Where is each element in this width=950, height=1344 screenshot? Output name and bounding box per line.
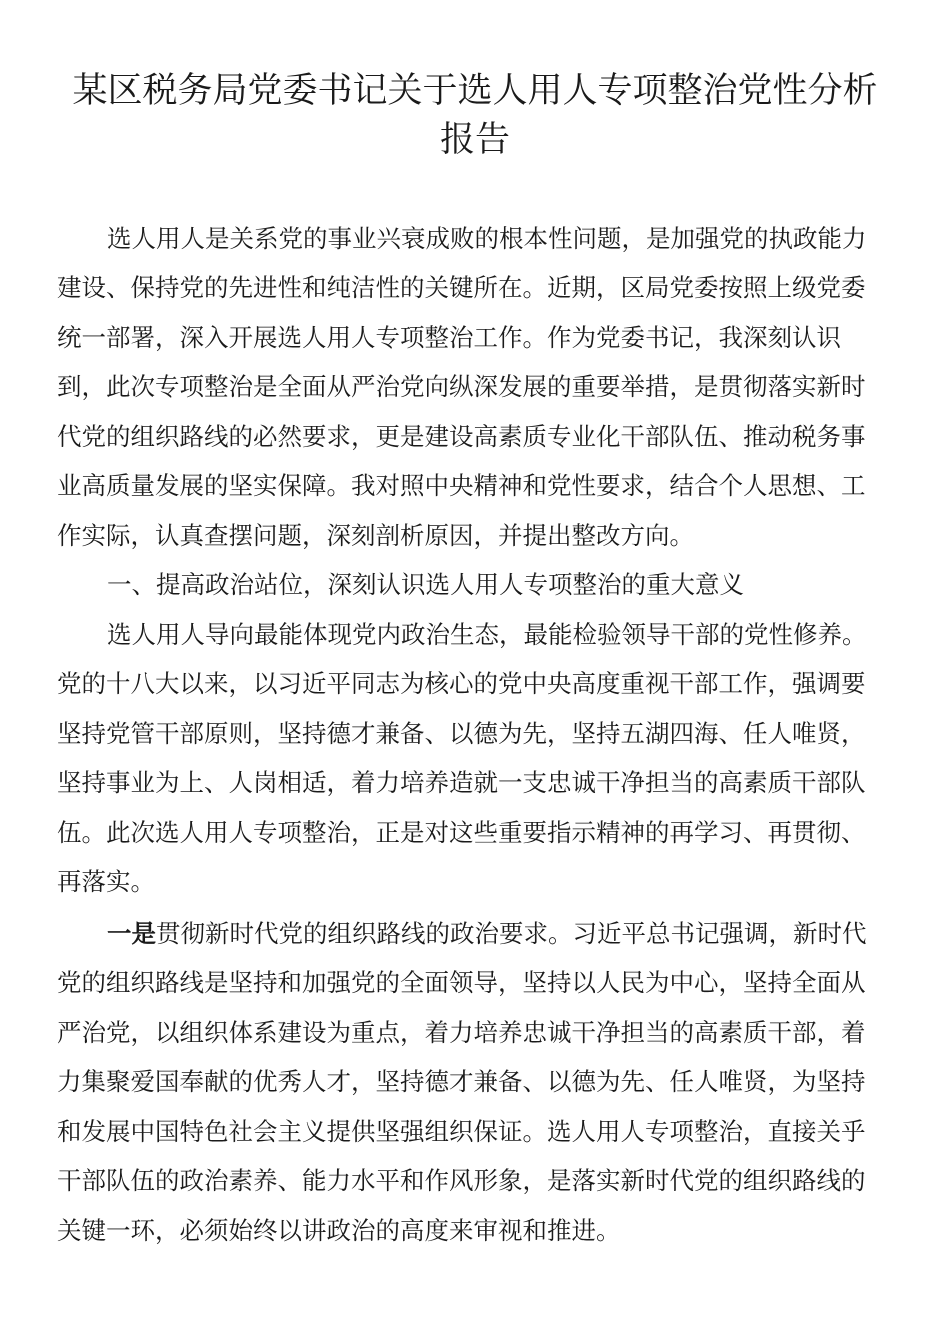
paragraph-line: 伍。此次选人用人专项整治，正是对这些重要指示精神的再学习、再贯彻、 (57, 818, 897, 848)
document-page: 某区税务局党委书记关于选人用人专项整治党性分析 报告 选人用人是关系党的事业兴衰… (0, 0, 950, 1344)
paragraph-line: 选人用人导向最能体现党内政治生态，最能检验领导干部的党性修养。 (107, 620, 947, 650)
document-title: 某区税务局党委书记关于选人用人专项整治党性分析 (40, 68, 910, 114)
paragraph-line: 再落实。 (57, 867, 897, 897)
document-title-continued: 报告 (40, 117, 910, 163)
paragraph-line: 严治党，以组织体系建设为重点，着力培养忠诚干净担当的高素质干部，着 (57, 1018, 897, 1048)
paragraph-line: 代党的组织路线的必然要求，更是建设高素质专业化干部队伍、推动税务事 (57, 422, 897, 452)
paragraph-line: 业高质量发展的坚实保障。我对照中央精神和党性要求，结合个人思想、工 (57, 471, 897, 501)
paragraph-line: 统一部署，深入开展选人用人专项整治工作。作为党委书记，我深刻认识 (57, 323, 897, 353)
paragraph-line: 党的十八大以来，以习近平同志为核心的党中央高度重视干部工作，强调要 (57, 669, 897, 699)
paragraph-line: 干部队伍的政治素养、能力水平和作风形象，是落实新时代党的组织路线的 (57, 1166, 897, 1196)
paragraph-line: 作实际，认真查摆问题，深刻剖析原因，并提出整改方向。 (57, 521, 897, 551)
bold-lead: 一是 (107, 919, 156, 948)
paragraph-line: 选人用人是关系党的事业兴衰成败的根本性问题，是加强党的执政能力 (107, 224, 947, 254)
paragraph-line: 和发展中国特色社会主义提供坚强组织保证。选人用人专项整治，直接关乎 (57, 1117, 897, 1147)
paragraph-line: 力集聚爱国奉献的优秀人才，坚持德才兼备、以德为先、任人唯贤，为坚持 (57, 1067, 897, 1097)
paragraph-line: 坚持党管干部原则，坚持德才兼备、以德为先，坚持五湖四海、任人唯贤， (57, 719, 897, 749)
section-heading: 一、提高政治站位，深刻认识选人用人专项整治的重大意义 (107, 570, 947, 600)
paragraph-line: 一是贯彻新时代党的组织路线的政治要求。习近平总书记强调，新时代 (107, 919, 947, 949)
paragraph-text: 贯彻新时代党的组织路线的政治要求。习近平总书记强调，新时代 (156, 919, 867, 948)
paragraph-line: 关键一环，必须始终以讲政治的高度来审视和推进。 (57, 1216, 897, 1246)
paragraph-line: 到，此次专项整治是全面从严治党向纵深发展的重要举措，是贯彻落实新时 (57, 372, 897, 402)
paragraph-line: 坚持事业为上、人岗相适，着力培养造就一支忠诚干净担当的高素质干部队 (57, 768, 897, 798)
paragraph-line: 建设、保持党的先进性和纯洁性的关键所在。近期，区局党委按照上级党委 (57, 273, 897, 303)
paragraph-line: 党的组织路线是坚持和加强党的全面领导，坚持以人民为中心，坚持全面从 (57, 968, 897, 998)
